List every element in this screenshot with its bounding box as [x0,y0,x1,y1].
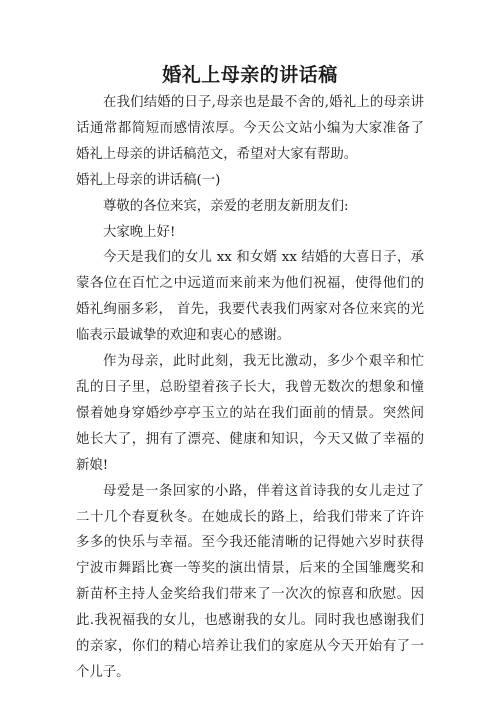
document-page: 婚礼上母亲的讲话稿 在我们结婚的日子,母亲也是最不舍的,婚礼上的母亲讲话通常都简… [76,60,424,686]
greeting: 大家晚上好! [76,220,424,246]
intro-paragraph: 在我们结婚的日子,母亲也是最不舍的,婚礼上的母亲讲话通常都简短而感情浓厚。今天公… [76,90,424,168]
body-paragraph: 母爱是一条回家的小路，伴着这首诗我的女儿走过了二十几个春夏秋冬。在她成长的路上，… [76,479,424,686]
body-paragraph: 今天是我们的女儿 xx 和女婿 xx 结婚的大喜日子，承蒙各位在百忙之中远道而来… [76,245,424,349]
section-heading: 婚礼上母亲的讲话稿(一) [76,168,424,194]
salutation: 尊敬的各位来宾，亲爱的老朋友新朋友们: [76,194,424,220]
document-title: 婚礼上母亲的讲话稿 [76,60,424,90]
body-paragraph: 作为母亲，此时此刻，我无比激动，多少个艰辛和忙乱的日子里，总盼望着孩子长大，我曾… [76,349,424,479]
